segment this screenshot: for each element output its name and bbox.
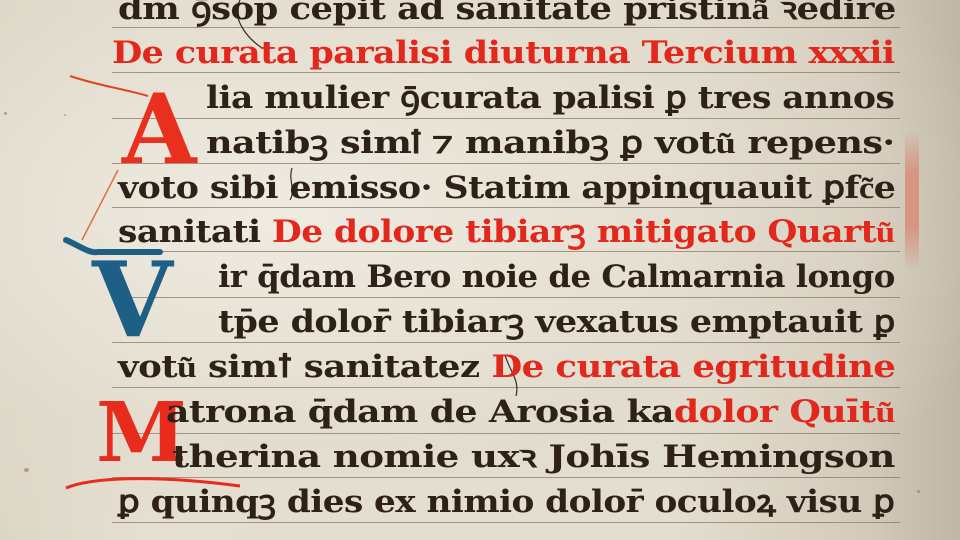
text-line-3: lia mulier ꝯ̄curata palisi ꝑ tres annos: [206, 83, 894, 114]
rubric-heading: dolor Quītu͂: [674, 394, 895, 430]
text-segment: voto sibi emisso· Statim appinquauit ꝑfc…: [118, 170, 895, 206]
rubric-heading: De curata paralisi diuturna Tercium xxxi…: [112, 35, 895, 71]
text-line-4: natibꝫ simꝉ ⁊ manibꝫ ꝑ votu͂ repens·: [206, 128, 895, 159]
decorated-initial-a: A: [122, 82, 196, 178]
text-line-1: dm ꝯ̄sop cepit ad sanitatē pristina͂ ꝛed…: [118, 0, 896, 25]
text-segment: ꝑ quinqꝫ dies ex nimio dolor̄ oculoꝝ vis…: [118, 484, 894, 520]
text-line-5: voto sibi emisso· Statim appinquauit ꝑfc…: [118, 173, 895, 204]
rubric-heading: De dolore tibiarꝫ mitigato Quartu͂: [272, 214, 895, 250]
text-segment: natibꝫ simꝉ ⁊ manibꝫ ꝑ votu͂ repens·: [206, 125, 895, 161]
text-line-2-rubric-heading: De curata paralisi diuturna Tercium xxxi…: [112, 38, 895, 69]
text-line-7: ir q̄dam Bero noie de Calmarnia longo: [218, 262, 895, 293]
manuscript-page: A V M dm ꝯ̄sop cepit ad sanitatē pristin…: [0, 0, 960, 540]
text-segment: votu͂ simꝉ sanitatez: [118, 349, 491, 385]
text-line-8: tp̄e dolor̄ tibiarꝫ vexatus emptauit ꝑ: [218, 307, 895, 338]
text-segment: ir q̄dam Bero noie de Calmarnia longo: [218, 259, 895, 295]
text-line-11: therina nomie uxꝛ Johīs Hemingson: [172, 442, 895, 473]
text-segment: lia mulier ꝯ̄curata palisi ꝑ tres annos: [206, 80, 894, 116]
text-line-6: sanitati De dolore tibiarꝫ mitigato Quar…: [118, 217, 895, 248]
text-segment: dm ꝯ̄sop cepit ad sanitatē pristina͂ ꝛed…: [118, 0, 896, 27]
text-line-9: votu͂ simꝉ sanitatez De curata egritudin…: [118, 352, 895, 383]
text-segment: atrona q̄dam de Arosia ka: [166, 394, 674, 430]
text-line-10: atrona q̄dam de Arosia kadolor Quītu͂: [166, 397, 895, 428]
rubric-heading: De curata egritudine: [491, 349, 895, 385]
decorated-initial-v: V: [92, 248, 173, 352]
text-segment: therina nomie uxꝛ Johīs Hemingson: [172, 439, 895, 475]
text-segment: sanitati: [118, 214, 272, 250]
text-line-12: ꝑ quinqꝫ dies ex nimio dolor̄ oculoꝝ vis…: [118, 487, 894, 518]
text-segment: tp̄e dolor̄ tibiarꝫ vexatus emptauit ꝑ: [218, 304, 895, 340]
